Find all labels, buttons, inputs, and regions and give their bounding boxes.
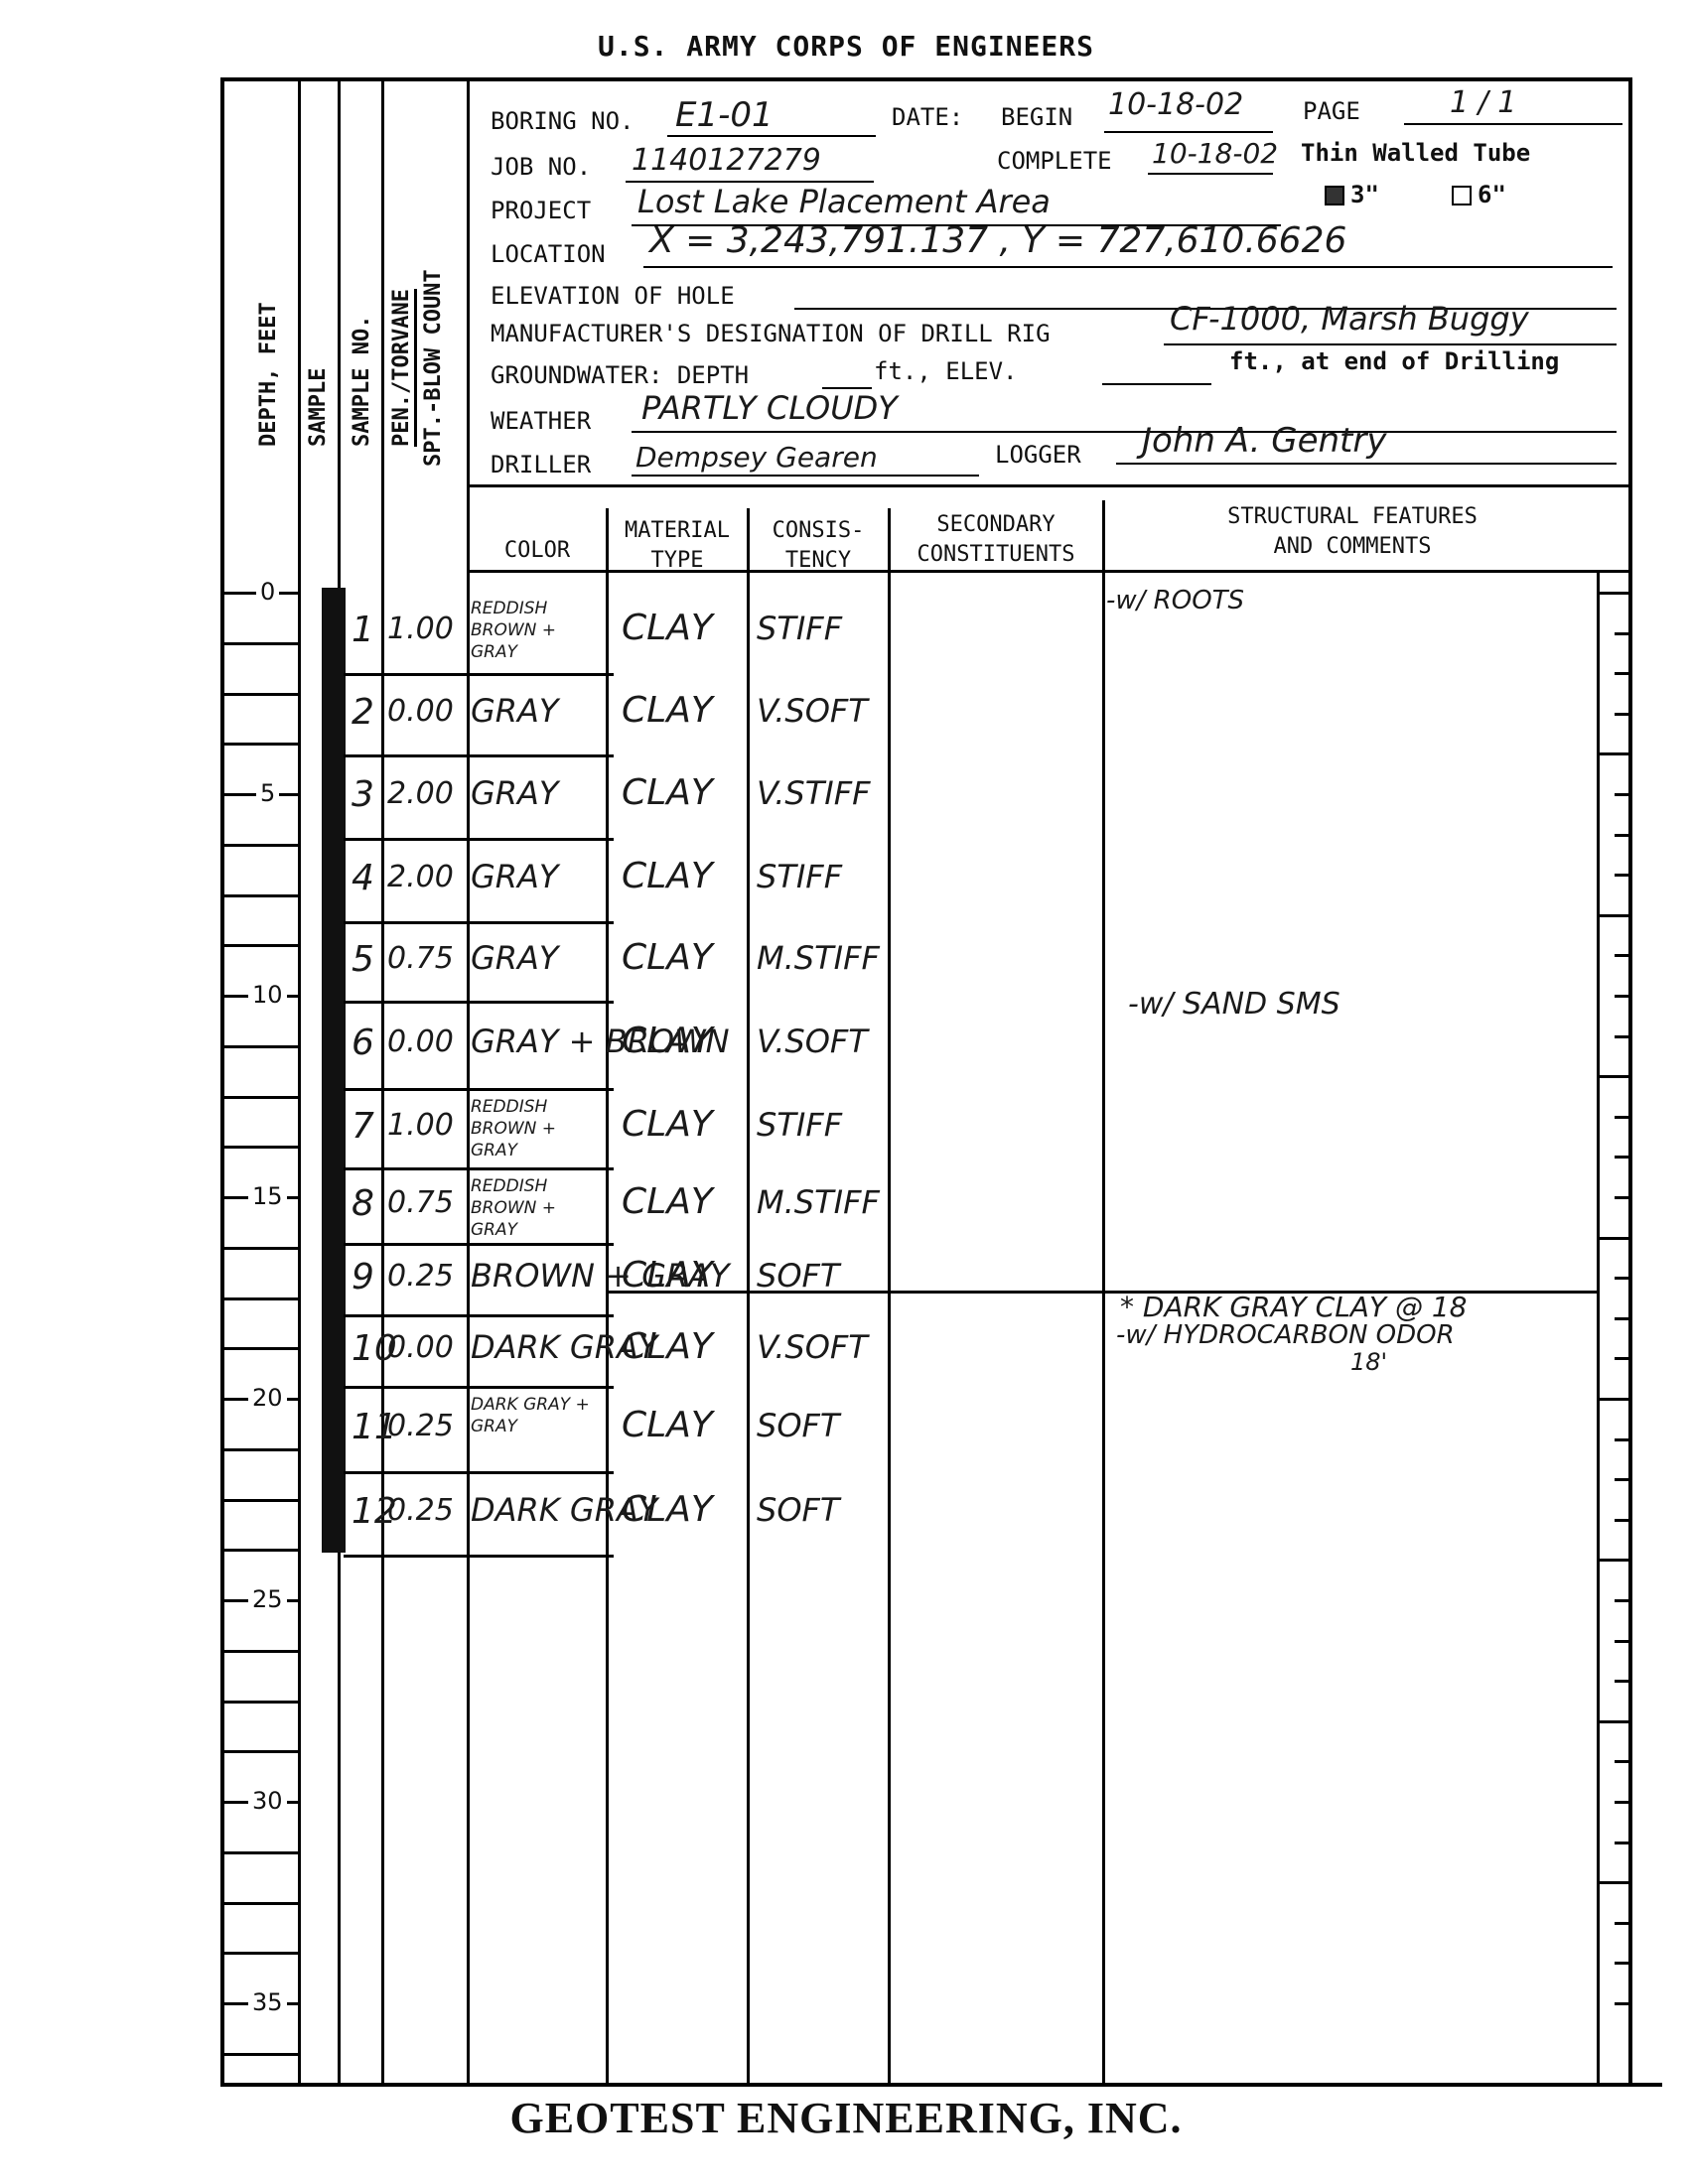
depth-minor-tick <box>224 1146 298 1149</box>
material-type: CLAY <box>622 1104 713 1145</box>
table-row: 110.25DARK GRAY + GRAYCLAYSOFT <box>338 1388 890 1473</box>
right-minor-tick <box>1615 1116 1630 1119</box>
secondary-header-line2: CONSTITUENTS <box>890 540 1102 570</box>
right-minor-tick <box>1615 954 1630 957</box>
sample-number: 4 <box>352 858 374 898</box>
right-minor-tick <box>1615 672 1630 675</box>
structural-header-line2: AND COMMENTS <box>1104 532 1601 562</box>
right-minor-tick <box>1615 1438 1630 1441</box>
right-major-tick <box>1599 1720 1630 1723</box>
frame-right-rule <box>1628 77 1632 2083</box>
right-minor-tick <box>1615 1801 1630 1804</box>
depth-tick-label: 25 <box>248 1585 287 1613</box>
tube-3in-checkbox[interactable] <box>1325 186 1344 205</box>
depth-tick-label: 35 <box>248 1988 287 2016</box>
weather-field[interactable]: PARTLY CLOUDY <box>641 389 898 427</box>
pen-value: 0.00 <box>387 1330 454 1365</box>
material-type: CLAY <box>622 937 713 978</box>
pen-value: 1.00 <box>387 612 454 646</box>
logger-label: LOGGER <box>995 441 1081 469</box>
right-major-tick <box>1599 1881 1630 1884</box>
consistency: M.STIFF <box>757 939 880 977</box>
groundwater-label: GROUNDWATER: DEPTH <box>491 361 749 389</box>
right-minor-tick <box>1615 2002 1630 2005</box>
material-type: CLAY <box>622 1405 713 1445</box>
right-minor-tick <box>1615 1922 1630 1925</box>
right-major-tick <box>1599 1237 1630 1240</box>
material-type: CLAY <box>622 1181 713 1222</box>
consistency-header-line2: TENCY <box>749 546 888 576</box>
pen-torvane-label: PEN./TORVANE <box>389 289 417 447</box>
right-minor-tick <box>1615 834 1630 837</box>
weather-label: WEATHER <box>491 407 591 435</box>
structural-comment: 18' <box>1350 1348 1387 1376</box>
table-row: 42.00GRAYCLAYSTIFF <box>338 840 890 923</box>
depth-minor-tick <box>224 693 298 696</box>
structural-comment: * DARK GRAY CLAY @ 18 <box>1120 1291 1467 1323</box>
drill-rig-line <box>1164 343 1617 345</box>
right-minor-tick <box>1615 1680 1630 1683</box>
secondary-column-rule <box>1102 500 1105 2087</box>
depth-tick-label: 0 <box>256 578 279 606</box>
location-field[interactable]: X = 3,243,791.137 , Y = 727,610.6626 <box>649 220 1346 261</box>
table-row: 120.25DARK GRAYCLAYSOFT <box>338 1473 890 1557</box>
pen-value: 0.25 <box>387 1493 454 1528</box>
driller-line <box>632 475 979 477</box>
depth-minor-tick <box>224 944 298 947</box>
consistency: STIFF <box>757 610 842 647</box>
location-line <box>643 266 1613 268</box>
right-minor-tick <box>1615 1277 1630 1280</box>
right-minor-tick <box>1615 1478 1630 1481</box>
right-major-tick <box>1599 914 1630 917</box>
consistency: SOFT <box>757 1491 839 1529</box>
depth-tick-label: 10 <box>248 981 287 1009</box>
material-type: CLAY <box>622 1255 713 1296</box>
tube-6in-checkbox[interactable] <box>1452 186 1472 205</box>
agency-title: U.S. ARMY CORPS OF ENGINEERS <box>0 30 1692 63</box>
depth-minor-tick <box>224 1701 298 1704</box>
sample-number: 1 <box>352 610 374 650</box>
page-line <box>1404 123 1622 125</box>
logger-field[interactable]: John A. Gentry <box>1142 421 1386 461</box>
table-row: 20.00GRAYCLAYV.SOFT <box>338 675 890 756</box>
depth-minor-tick <box>224 1247 298 1250</box>
drill-rig-label: MANUFACTURER'S DESIGNATION OF DRILL RIG <box>491 320 1051 347</box>
structural-comment: -w/ SAND SMS <box>1128 987 1340 1022</box>
secondary-header-line1: SECONDARY <box>890 510 1102 540</box>
boring-no-line <box>667 135 876 137</box>
boring-no-label: BORING NO. <box>491 107 634 135</box>
consistency-header: CONSIS- TENCY <box>749 516 888 576</box>
depth-minor-tick <box>224 1952 298 1955</box>
job-no-field[interactable]: 1140127279 <box>632 143 821 178</box>
right-minor-tick <box>1615 713 1630 716</box>
pen-value: 0.25 <box>387 1409 454 1443</box>
material-header-line2: TYPE <box>608 546 747 576</box>
pen-value: 2.00 <box>387 776 454 811</box>
company-footer: GEOTEST ENGINEERING, INC. <box>0 2093 1692 2143</box>
right-minor-tick <box>1615 1196 1630 1199</box>
material-type: CLAY <box>622 772 713 813</box>
secondary-constituents-header: SECONDARY CONSTITUENTS <box>890 510 1102 570</box>
tube-3in-label: 3" <box>1350 181 1379 208</box>
groundwater-end-label: ft., at end of Drilling <box>1229 347 1559 375</box>
date-label: DATE: <box>892 103 963 131</box>
table-row: 80.75REDDISH BROWN + GRAYCLAYM.STIFF <box>338 1169 890 1245</box>
depth-minor-tick <box>224 1499 298 1502</box>
material-type: CLAY <box>622 856 713 896</box>
page-label: PAGE <box>1303 97 1360 125</box>
soil-color: DARK GRAY + GRAY <box>471 1394 602 1437</box>
pen-value: 0.75 <box>387 1185 454 1220</box>
drill-rig-field[interactable]: CF-1000, Marsh Buggy <box>1170 300 1529 338</box>
page-field[interactable]: 1 / 1 <box>1450 85 1516 120</box>
consistency: V.SOFT <box>757 1023 868 1060</box>
complete-line <box>1148 173 1273 175</box>
sample-number: 2 <box>352 692 374 733</box>
consistency: SOFT <box>757 1257 839 1295</box>
right-minor-tick <box>1615 1317 1630 1320</box>
right-minor-tick <box>1615 1599 1630 1602</box>
pen-value: 2.00 <box>387 860 454 894</box>
depth-feet-label: DEPTH, FEET <box>256 302 281 447</box>
right-minor-tick <box>1615 1760 1630 1763</box>
tube-3in-option[interactable]: 3" <box>1325 181 1379 208</box>
sample-number: 5 <box>352 939 374 980</box>
consistency-header-line1: CONSIS- <box>749 516 888 546</box>
depth-minor-tick <box>224 1347 298 1350</box>
pen-value: 0.25 <box>387 1259 454 1294</box>
pen-value: 0.75 <box>387 941 454 976</box>
groundwater-ft-elev-label: ft., ELEV. <box>874 357 1018 385</box>
material-type: CLAY <box>622 1326 713 1367</box>
depth-tick-label: 30 <box>248 1787 287 1815</box>
sample-no-label: SAMPLE NO. <box>350 316 374 447</box>
color-header: COLOR <box>469 536 606 566</box>
tube-6in-option[interactable]: 6" <box>1452 181 1506 208</box>
soil-color: REDDISH BROWN + GRAY <box>471 1175 602 1241</box>
spt-blow-count-label: SPT.-BLOW COUNT <box>421 269 446 467</box>
table-row: 32.00GRAYCLAYV.STIFF <box>338 756 890 840</box>
pen-value: 0.00 <box>387 694 454 729</box>
depth-minor-tick <box>224 1448 298 1451</box>
right-major-tick <box>1599 592 1630 595</box>
soil-color: GRAY <box>471 858 558 895</box>
right-minor-tick <box>1615 1842 1630 1844</box>
job-no-label: JOB NO. <box>491 153 591 181</box>
sample-label: SAMPLE <box>306 368 331 447</box>
elevation-label: ELEVATION OF HOLE <box>491 282 735 310</box>
groundwater-elev-line <box>1102 383 1211 385</box>
right-minor-tick <box>1615 1962 1630 1965</box>
right-minor-tick <box>1615 1035 1630 1038</box>
sample-number: 7 <box>352 1106 374 1147</box>
depth-tick-label: 15 <box>248 1182 287 1210</box>
consistency: V.STIFF <box>757 774 871 812</box>
pen-value: 1.00 <box>387 1108 454 1143</box>
depth-minor-tick <box>224 1650 298 1653</box>
complete-date-field[interactable]: 10-18-02 <box>1152 137 1278 170</box>
boring-no-field[interactable]: E1-01 <box>675 95 774 135</box>
frame-bottom-rule <box>220 2083 1662 2087</box>
project-field[interactable]: Lost Lake Placement Area <box>637 183 1051 220</box>
soil-color: REDDISH BROWN + GRAY <box>471 598 602 663</box>
pen-value: 0.00 <box>387 1024 454 1059</box>
begin-date-field[interactable]: 10-18-02 <box>1108 87 1243 122</box>
table-row: 71.00REDDISH BROWN + GRAYCLAYSTIFF <box>338 1090 890 1169</box>
depth-tick-label: 5 <box>256 779 279 807</box>
right-minor-tick <box>1615 1156 1630 1159</box>
consistency: SOFT <box>757 1407 839 1444</box>
table-row: 100.00DARK GRAYCLAYV.SOFT <box>338 1316 890 1388</box>
table-row: 90.25BROWN + GRAYCLAYSOFT <box>338 1245 890 1316</box>
right-major-tick <box>1599 1075 1630 1078</box>
right-minor-tick <box>1615 1640 1630 1643</box>
right-minor-tick <box>1615 632 1630 635</box>
material-type: CLAY <box>622 608 713 648</box>
location-label: LOCATION <box>491 240 606 268</box>
depth-column-rule <box>298 77 301 2087</box>
consistency: M.STIFF <box>757 1183 880 1221</box>
table-row: 60.00GRAY + BROWNCLAYV.SOFT <box>338 1003 890 1090</box>
soil-color: REDDISH BROWN + GRAY <box>471 1096 602 1161</box>
material-type: CLAY <box>622 1489 713 1530</box>
complete-label: COMPLETE <box>997 147 1112 175</box>
table-row: 11.00REDDISH BROWN + GRAYCLAYSTIFF <box>338 592 890 675</box>
begin-line <box>1104 131 1273 133</box>
logger-line <box>1116 463 1617 465</box>
tube-6in-label: 6" <box>1478 181 1506 208</box>
soil-color: GRAY <box>471 774 558 812</box>
structural-features-header: STRUCTURAL FEATURES AND COMMENTS <box>1104 502 1601 562</box>
driller-field[interactable]: Dempsey Gearen <box>635 441 878 474</box>
right-minor-tick <box>1615 995 1630 998</box>
soil-color: GRAY <box>471 939 558 977</box>
sample-number: 3 <box>352 774 374 815</box>
soil-color: GRAY <box>471 692 558 730</box>
depth-tick-label: 20 <box>248 1384 287 1412</box>
material-header-line1: MATERIAL <box>608 516 747 546</box>
depth-minor-tick <box>224 1902 298 1905</box>
consistency: STIFF <box>757 858 842 895</box>
material-type: CLAY <box>622 1021 713 1061</box>
right-minor-tick <box>1615 1357 1630 1360</box>
driller-label: DRILLER <box>491 451 591 478</box>
depth-minor-tick <box>224 1297 298 1300</box>
structural-comment: -w/ HYDROCARBON ODOR <box>1116 1320 1455 1350</box>
depth-minor-tick <box>224 1045 298 1048</box>
comments-right-rule <box>1597 570 1600 2087</box>
right-minor-tick <box>1615 793 1630 796</box>
depth-minor-tick <box>224 642 298 645</box>
sample-number: 9 <box>352 1257 374 1297</box>
begin-label: BEGIN <box>1001 103 1072 131</box>
material-type: CLAY <box>622 690 713 731</box>
depth-minor-tick <box>224 743 298 746</box>
sample-number: 8 <box>352 1183 374 1224</box>
right-major-tick <box>1599 1559 1630 1562</box>
consistency: V.SOFT <box>757 692 868 730</box>
project-label: PROJECT <box>491 197 591 224</box>
right-major-tick <box>1599 752 1630 755</box>
depth-minor-tick <box>224 894 298 897</box>
right-minor-tick <box>1615 874 1630 877</box>
depth-minor-tick <box>224 1096 298 1099</box>
depth-minor-tick <box>224 1549 298 1552</box>
depth-minor-tick <box>224 2053 298 2056</box>
table-row: 50.75GRAYCLAYM.STIFF <box>338 923 890 1003</box>
depth-minor-tick <box>224 844 298 847</box>
thin-walled-tube-label: Thin Walled Tube <box>1301 139 1530 167</box>
depth-minor-tick <box>224 1750 298 1753</box>
material-type-header: MATERIAL TYPE <box>608 516 747 576</box>
consistency: V.SOFT <box>757 1328 868 1366</box>
sample-number: 6 <box>352 1023 374 1063</box>
right-minor-tick <box>1615 1519 1630 1522</box>
table-header-top-rule <box>467 484 1632 487</box>
row-divider <box>344 1555 614 1558</box>
consistency: STIFF <box>757 1106 842 1144</box>
structural-header-line1: STRUCTURAL FEATURES <box>1104 502 1601 532</box>
structural-comment: -w/ ROOTS <box>1106 586 1244 615</box>
right-major-tick <box>1599 1398 1630 1401</box>
depth-minor-tick <box>224 1851 298 1854</box>
weather-line <box>632 431 1617 433</box>
